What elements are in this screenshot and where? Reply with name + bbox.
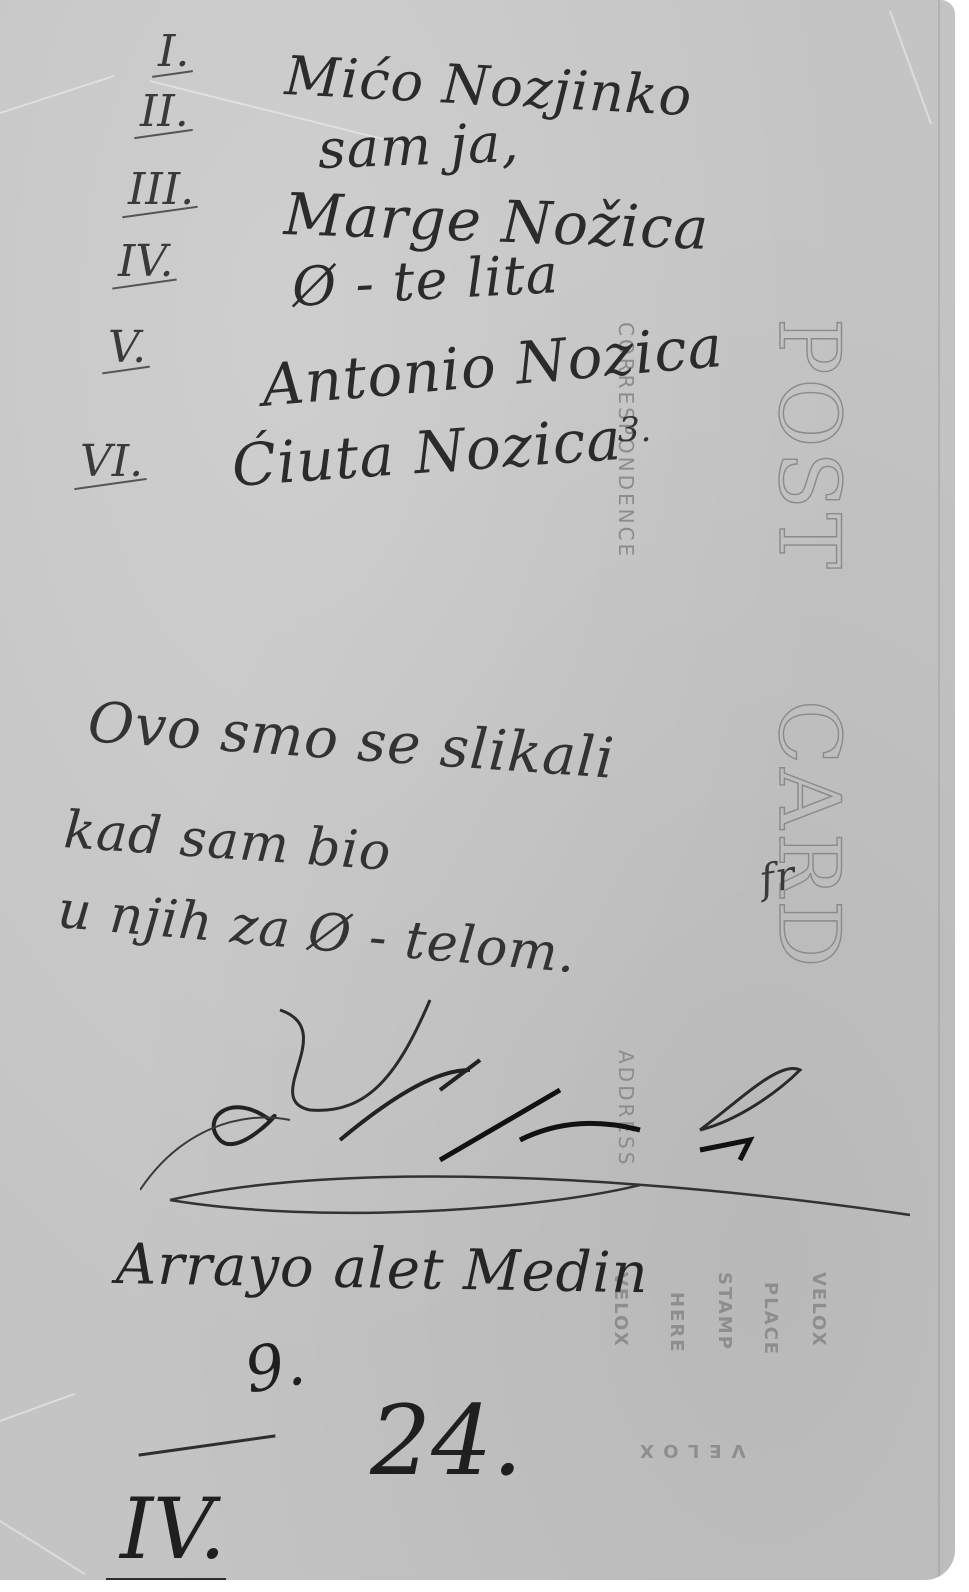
printed-post-label: POST [760,318,858,573]
date-divider [138,1434,275,1456]
list-item-text: Ćiuta Nozica [230,405,624,500]
message-inline-mark: fr [756,852,799,904]
stamp-border-bottom: VELOX [630,1440,746,1461]
message-line: u njih za Ø - telom. [55,880,578,985]
paper-crease [889,11,932,124]
stamp-line-place: PLACE [760,1282,781,1356]
card-edge [938,0,941,1580]
list-numeral: II. [140,86,189,137]
annotation-mark: 3. [618,410,652,450]
list-item-text: Ø - te lita [290,242,560,319]
list-item-text: sam ja, [317,111,520,181]
date-year: 24. [370,1385,523,1497]
list-numeral: VI. [80,436,143,487]
stamp-line-here: HERE [666,1292,687,1354]
list-item-text: Antonio Nozica [259,312,726,420]
stamp-border-right: VELOX [808,1272,829,1348]
list-numeral: I. [158,26,189,77]
printed-card-label: CARD [760,700,858,972]
date-month-underline [106,1578,226,1580]
list-numeral: III. [128,164,194,215]
signature: J. Milić [140,990,920,1220]
paper-crease [0,75,114,114]
stamp-line-stamp: STAMP [714,1272,735,1351]
message-line: kad sam bio [62,800,393,883]
list-numeral: V. [108,322,146,373]
closing-line: Arrayo alet Medin [115,1232,649,1306]
list-numeral: IV. [118,236,173,287]
date-day: 9. [239,1325,310,1407]
paper-crease [0,1520,85,1575]
date-month: IV. [120,1480,226,1578]
postcard: POST CARD CORRESPONDENCE ADDRESS VELOX H… [0,0,955,1580]
paper-crease [0,1393,76,1422]
message-line: Ovo smo se slikali [86,690,617,792]
